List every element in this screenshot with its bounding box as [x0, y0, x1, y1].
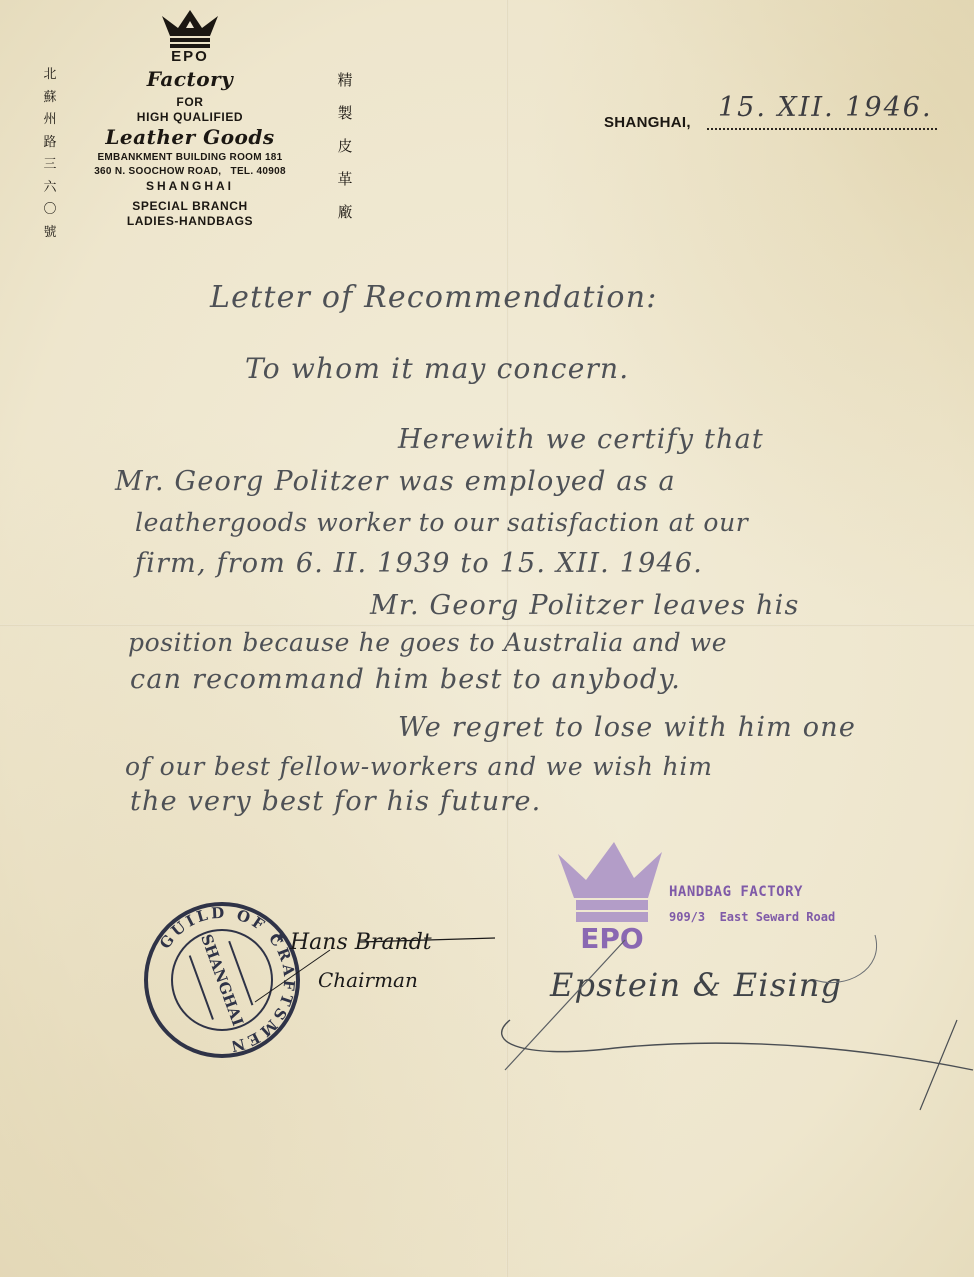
cjk-char: 蘇	[42, 87, 58, 110]
cjk-char: 精	[336, 64, 354, 97]
body-line: the very best for his future.	[130, 786, 541, 817]
letterhead-city: SHANGHAI	[60, 179, 320, 193]
letterhead-qualified: HIGH QUALIFIED	[60, 110, 320, 125]
logo-text: EPO	[60, 48, 320, 65]
cjk-char: 〇	[42, 199, 58, 222]
seal-inner-text: SHANGHAI	[197, 932, 247, 1028]
body-line: can recommand him best to anybody.	[130, 664, 681, 695]
stamp-address: 909/3 East Seward Road	[669, 910, 835, 924]
body-line: position because he goes to Australia an…	[128, 628, 727, 657]
salutation: To whom it may concern.	[245, 352, 629, 385]
cjk-char: 革	[336, 163, 354, 196]
cjk-char: 廠	[336, 196, 354, 229]
chinese-address-column: 北 蘇 州 路 三 六 〇 號	[42, 64, 58, 244]
branch-line-2: LADIES-HANDBAGS	[60, 214, 320, 229]
body-line: firm, from 6. II. 1939 to 15. XII. 1946.	[135, 548, 703, 579]
date-dotted-line	[707, 128, 937, 130]
factory-heading: Factory	[60, 67, 320, 91]
crown-logo-icon	[160, 10, 220, 50]
dateline: SHANGHAI, 15. XII. 1946.	[604, 92, 938, 126]
company-signature-flourish	[495, 930, 974, 1120]
letterhead-for: FOR	[60, 95, 320, 110]
cjk-char: 製	[336, 97, 354, 130]
body-line: leathergoods worker to our satisfaction …	[135, 508, 748, 537]
cjk-char: 北	[42, 64, 58, 87]
cjk-char: 六	[42, 177, 58, 200]
chinese-company-name-column: 精 製 皮 革 廠	[336, 64, 354, 229]
body-line: of our best fellow-workers and we wish h…	[125, 752, 713, 781]
address-line-2: 360 N. SOOCHOW ROAD, TEL. 40908	[60, 165, 320, 179]
branch-line-1: SPECIAL BRANCH	[60, 199, 320, 214]
cjk-char: 三	[42, 154, 58, 177]
body-line: Mr. Georg Politzer leaves his	[370, 590, 800, 621]
date-value: 15. XII. 1946.	[718, 92, 933, 123]
letter-title: Letter of Recommendation:	[210, 280, 658, 315]
address-line-1: EMBANKMENT BUILDING ROOM 181	[60, 151, 320, 165]
horizontal-fold-crease	[0, 624, 974, 627]
body-line: Herewith we certify that	[398, 424, 764, 455]
stamp-company-name: HANDBAG FACTORY	[669, 884, 803, 900]
body-line: Mr. Georg Politzer was employed as a	[115, 466, 676, 497]
cjk-char: 路	[42, 132, 58, 155]
letterhead: EPO Factory FOR HIGH QUALIFIED Leather G…	[60, 10, 320, 229]
cjk-char: 皮	[336, 130, 354, 163]
date-label: SHANGHAI,	[604, 114, 691, 131]
body-line: We regret to lose with him one	[398, 712, 856, 743]
cjk-char: 州	[42, 109, 58, 132]
cjk-char: 號	[42, 222, 58, 245]
leather-goods-heading: Leather Goods	[60, 125, 320, 149]
chairman-title: Chairman	[318, 968, 418, 992]
